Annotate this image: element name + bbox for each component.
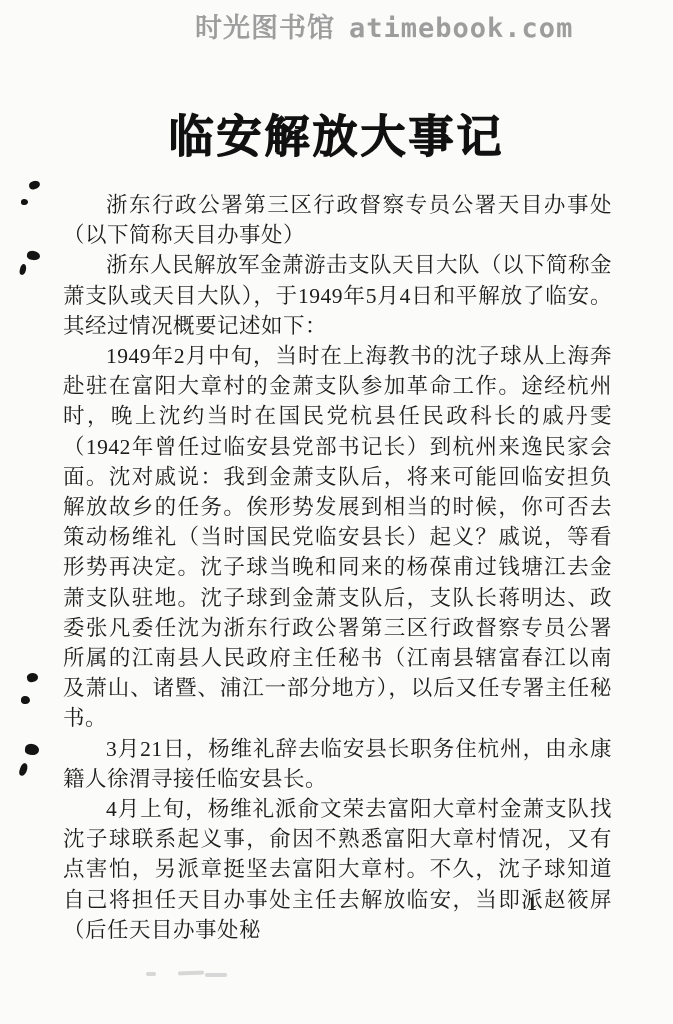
ink-speck [24,743,39,755]
scan-smudge [146,972,156,976]
scan-smudge [178,971,204,976]
ink-speck [21,696,30,704]
ink-speck [18,762,29,777]
scanned-book-page: 时光图书馆atimebook.com 临安解放大事记 浙东行政公署第三区行政督察… [0,0,673,1024]
library-watermark: 时光图书馆atimebook.com [195,6,625,38]
ink-speck [28,179,41,190]
watermark-url-text: atimebook.com [349,13,573,44]
page-number: 1 [527,893,537,916]
body-text-block: 浙东行政公署第三区行政督察专员公署天目办事处（以下简称天目办事处）浙东人民解放军… [63,190,612,945]
paragraph: 1949年2月中旬，当时在上海教书的沈子球从上海奔赴驻在富阳大章村的金萧支队参加… [63,341,612,734]
paragraph: 4月上旬，杨维礼派俞文荣去富阳大章村金萧支队找沈子球联系起义事，俞因不熟悉富阳大… [63,794,612,945]
paragraph: 浙东人民解放军金萧游击支队天目大队（以下简称金萧支队或天目大队），于1949年5… [63,250,612,341]
ink-speck [26,672,38,683]
ink-speck [21,199,28,205]
paragraph: 3月21日，杨维礼辞去临安县长职务住杭州，由永康籍人徐渭寻接任临安县长。 [63,734,612,794]
ink-speck [26,250,40,261]
page-title: 临安解放大事记 [0,100,673,165]
paragraph: 浙东行政公署第三区行政督察专员公署天目办事处（以下简称天目办事处） [63,190,612,250]
watermark-chinese-text: 时光图书馆 [195,13,335,44]
ink-speck [19,263,27,275]
scan-smudge [205,973,227,977]
